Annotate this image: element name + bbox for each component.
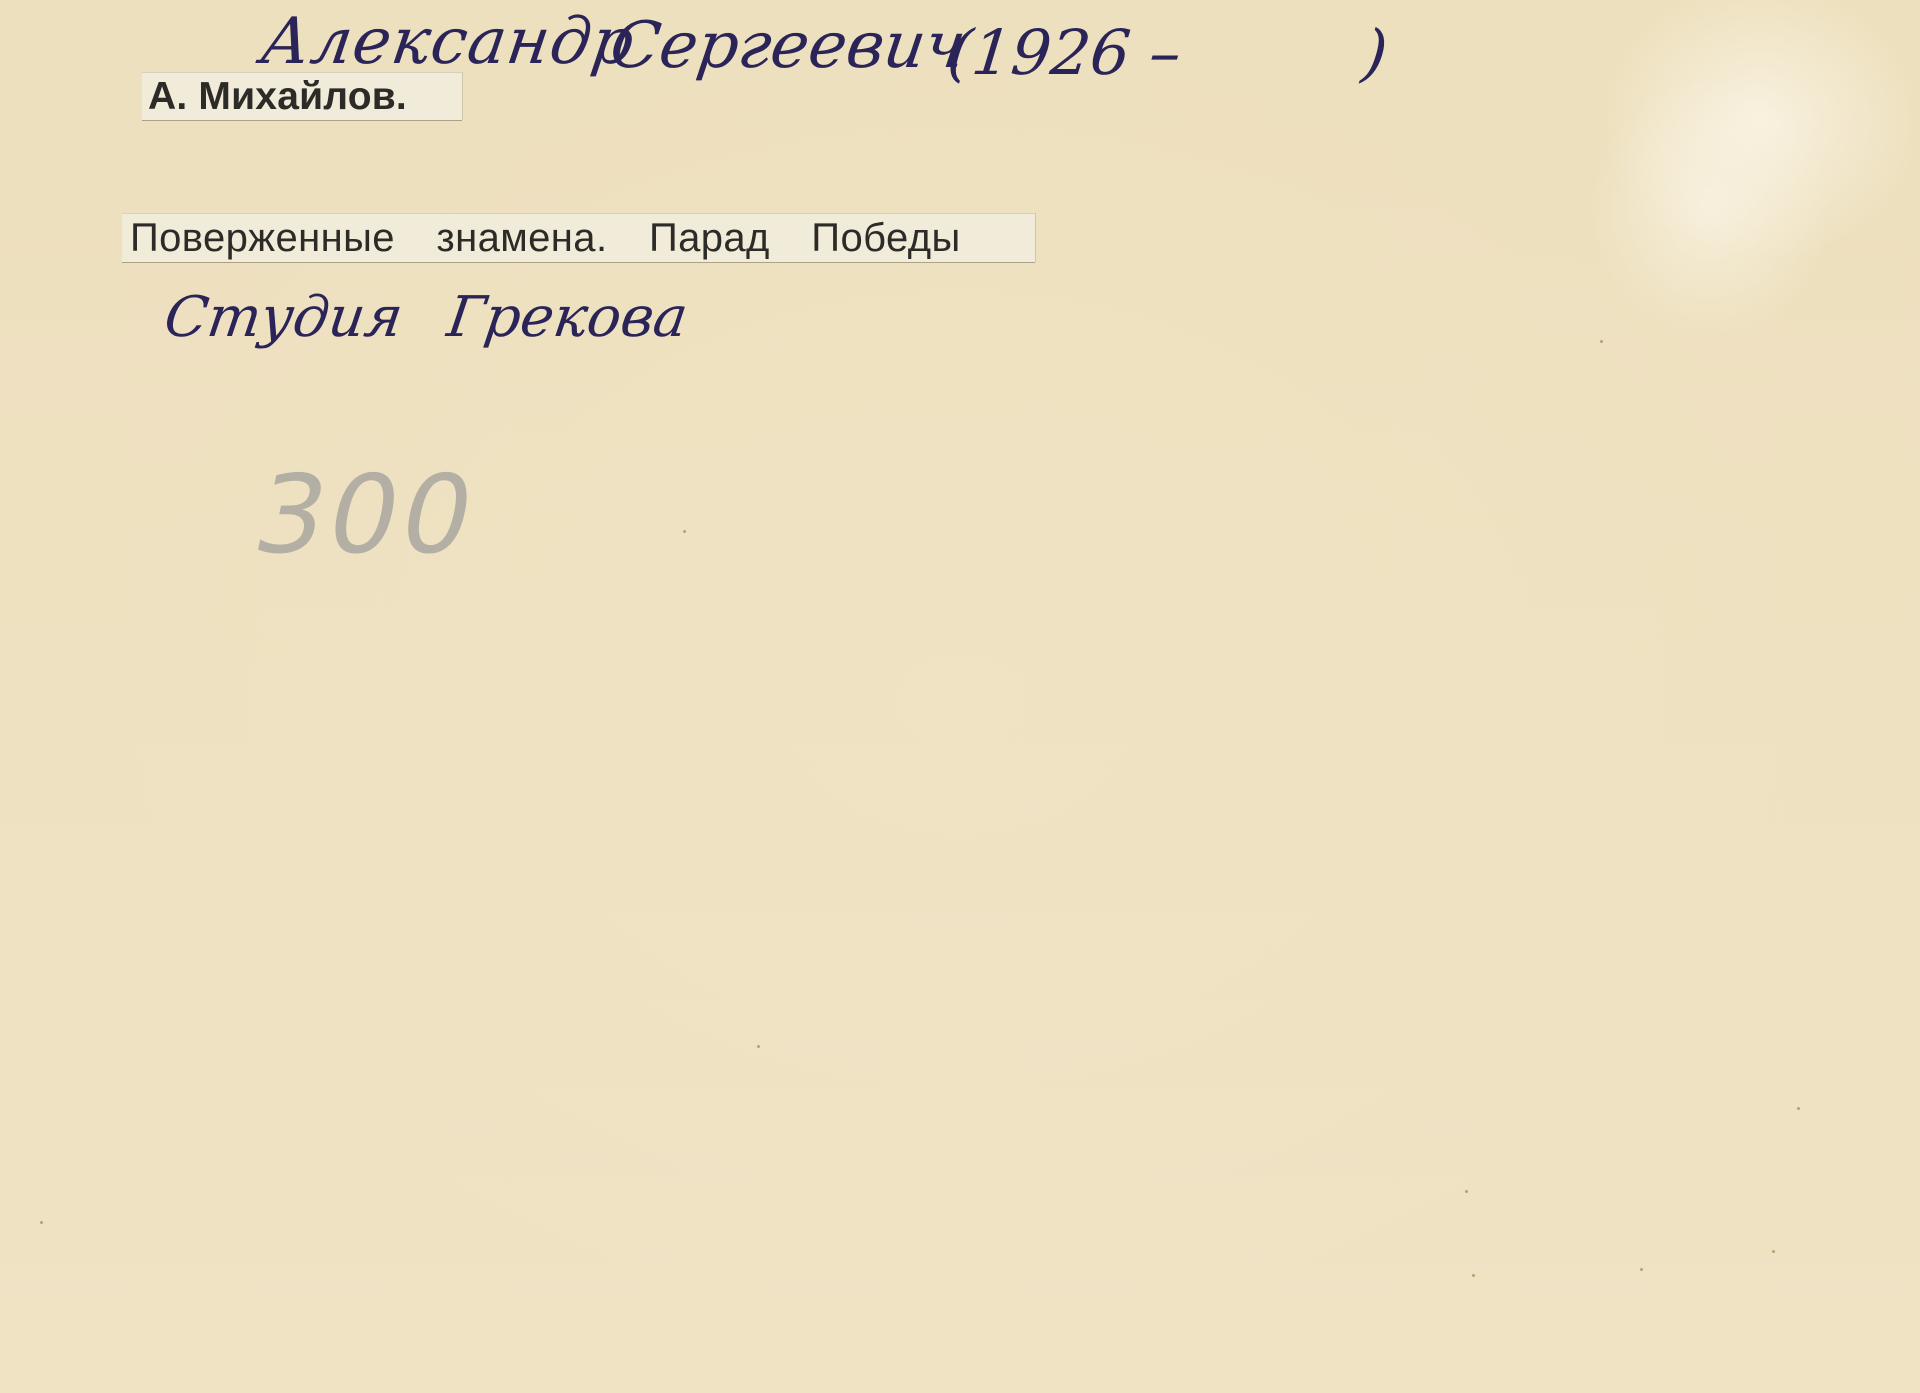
paper-speck <box>1600 340 1603 343</box>
title-label: Поверженные знамена. Парад Победы <box>122 213 1035 262</box>
paper-speck <box>1640 1268 1643 1271</box>
paper-background <box>0 0 1920 1393</box>
pencil-number: 300 <box>246 462 487 570</box>
dates-open: (1926 – <box>944 16 1184 89</box>
handwritten-patronymic: Сергеевич <box>607 14 970 78</box>
paper-speck <box>1472 1274 1475 1277</box>
paper-speck <box>40 1221 43 1224</box>
paper-speck <box>683 530 686 533</box>
paper-speck <box>1772 1250 1775 1253</box>
paper-speck <box>1797 1107 1800 1110</box>
handwritten-life-dates: (1926 – ) <box>945 22 1184 84</box>
handwritten-studio: Студия Грекова <box>161 290 691 346</box>
paper-speck <box>757 1045 760 1048</box>
handwritten-first-name: Александр <box>258 10 639 74</box>
paper-speck <box>1465 1190 1468 1193</box>
author-label: А. Михайлов. <box>142 72 462 120</box>
